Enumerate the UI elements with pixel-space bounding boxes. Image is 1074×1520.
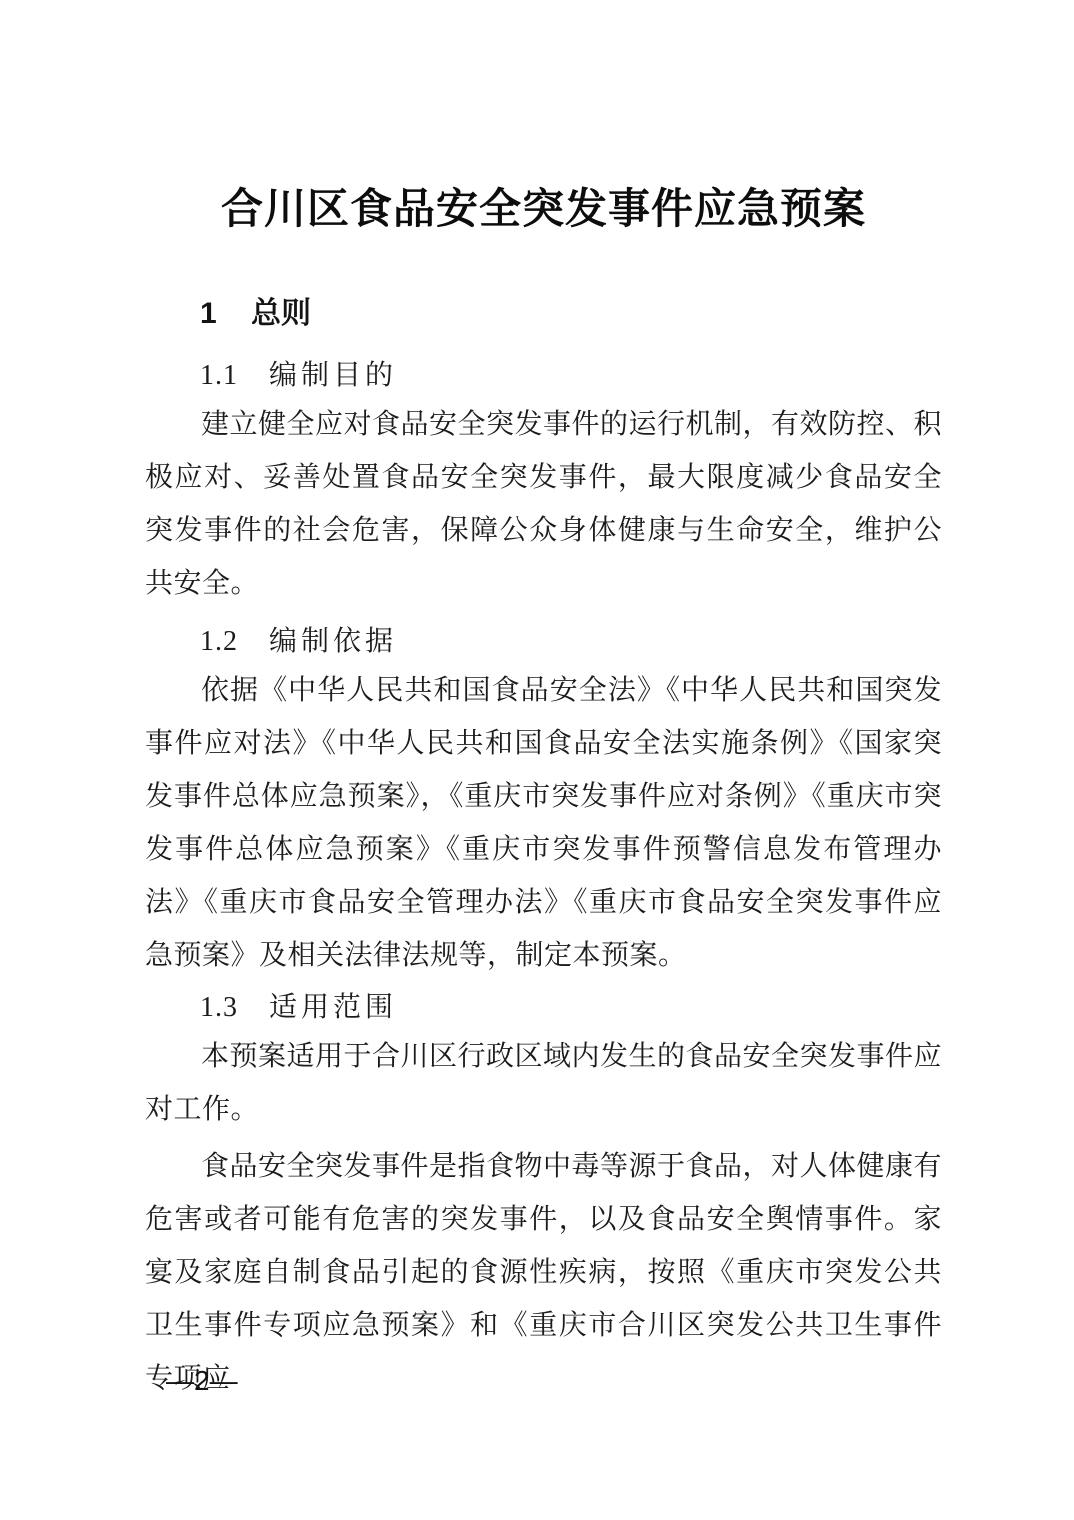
section-title: 适用范围 — [269, 992, 397, 1023]
chapter-title: 总则 — [251, 297, 311, 330]
paragraph-definition: 食品安全突发事件是指食物中毒等源于食品，对人体健康有危害或者可能有危害的突发事件… — [145, 1140, 942, 1405]
paragraph-purpose: 建立健全应对食品安全突发事件的运行机制，有效防控、积极应对、妥善处置食品安全突发… — [145, 398, 942, 610]
section-number: 1.2 — [200, 620, 238, 664]
document-page: 合川区食品安全突发事件应急预案 1 总则 1.1 编制目的 建立健全应对食品安全… — [0, 0, 1074, 1520]
chapter-number: 1 — [200, 292, 217, 336]
section-number: 1.1 — [200, 354, 238, 398]
document-title: 合川区食品安全突发事件应急预案 — [145, 186, 942, 234]
paragraph-scope: 本预案适用于合川区行政区域内发生的食品安全突发事件应对工作。 — [145, 1030, 942, 1136]
paragraph-legal-basis: 依据《中华人民共和国食品安全法》《中华人民共和国突发事件应对法》《中华人民共和国… — [145, 664, 942, 982]
section-title: 编制依据 — [269, 626, 397, 657]
document-content: 合川区食品安全突发事件应急预案 1 总则 1.1 编制目的 建立健全应对食品安全… — [145, 0, 942, 1405]
section-number: 1.3 — [200, 986, 238, 1030]
section-heading-1-1: 1.1 编制目的 — [145, 354, 942, 398]
section-heading-1-2: 1.2 编制依据 — [145, 620, 942, 664]
section-title: 编制目的 — [269, 360, 397, 391]
section-heading-1-3: 1.3 适用范围 — [145, 986, 942, 1030]
page-number: —2— — [166, 1364, 238, 1398]
chapter-heading: 1 总则 — [145, 292, 942, 336]
